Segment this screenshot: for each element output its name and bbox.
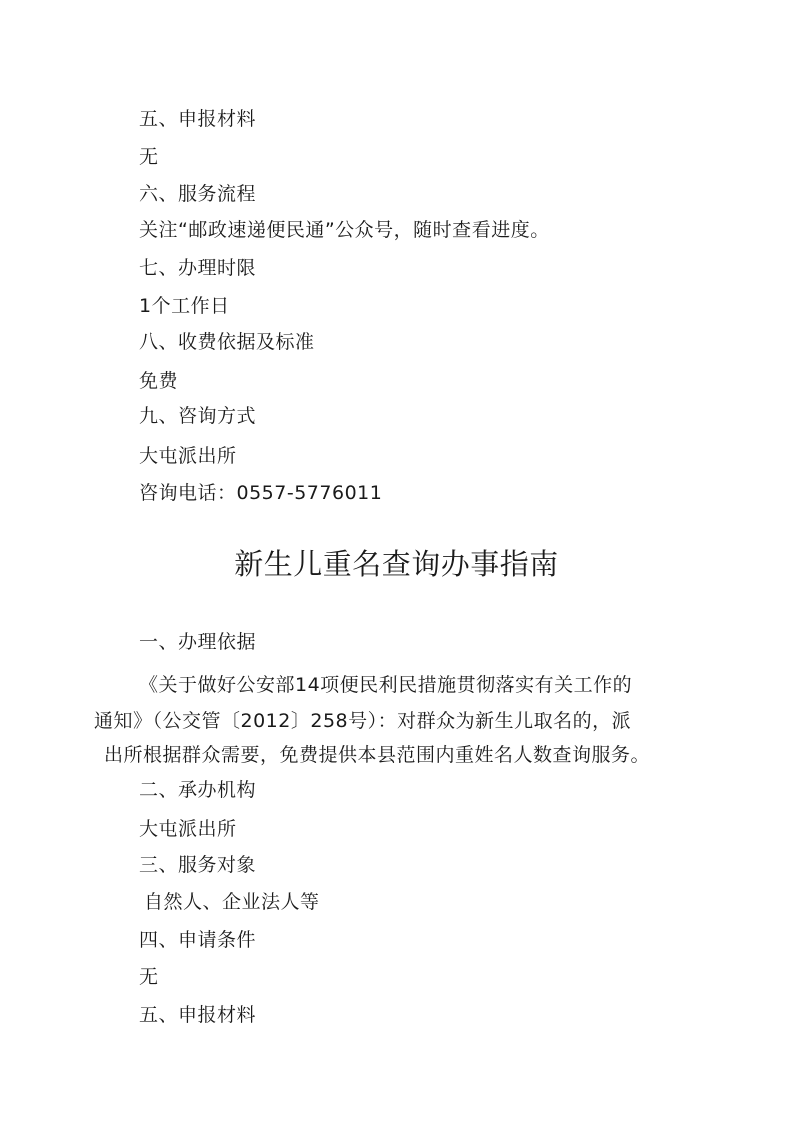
section-content-time-limit: 1个工作日 [139,294,230,318]
guide-heading-target: 三、服务对象 [139,853,256,877]
section-heading-materials: 五、申报材料 [139,107,256,131]
section-heading-time-limit: 七、办理时限 [139,256,256,280]
guide-heading-materials: 五、申报材料 [139,1003,256,1027]
guide-heading-basis: 一、办理依据 [139,630,256,654]
guide-heading-condition: 四、申请条件 [139,928,256,952]
guide-basis-line-3: 出所根据群众需要，免费提供本县范围内重姓名人数查询服务。 [104,743,650,767]
guide-basis-line-2: 通知》（公交管〔2012〕258号）：对群众为新生儿取名的，派 [94,709,631,733]
consult-phone: 咨询电话：0557-5776011 [139,481,382,505]
guide-basis-line-1: 《关于做好公安部14项便民利民措施贯彻落实有关工作的 [139,673,632,697]
section-heading-process: 六、服务流程 [139,182,256,206]
guide-condition: 无 [139,965,159,989]
section-heading-fees: 八、收费依据及标准 [139,330,315,354]
guide-title: 新生儿重名查询办事指南 [0,546,793,582]
guide-org: 大屯派出所 [139,817,237,841]
section-content-fees: 免费 [139,369,178,393]
guide-target: 自然人、企业法人等 [144,890,320,914]
guide-heading-org: 二、承办机构 [139,778,256,802]
section-heading-consult: 九、咨询方式 [139,404,256,428]
section-content-consult: 大屯派出所 [139,444,237,468]
section-content-process: 关注“邮政速递便民通”公众号，随时查看进度。 [139,218,550,242]
section-content-materials: 无 [139,145,159,169]
